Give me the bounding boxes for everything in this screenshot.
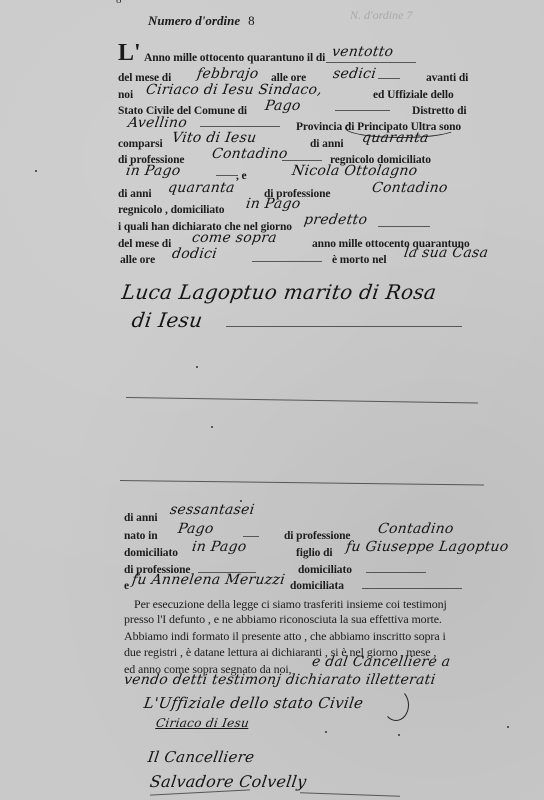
- hand-witness2-domicile: in Pago: [245, 196, 302, 212]
- hand-hour: sedici: [332, 66, 377, 82]
- text-and: , e: [236, 170, 247, 182]
- hand-deceased-age: sessantasei: [169, 502, 256, 518]
- signature-clerk-name: Salvadore Colvelly: [149, 772, 308, 791]
- hand-death-place: la sua Casa: [403, 245, 489, 261]
- corner-mark: 8: [116, 0, 122, 6]
- drop-cap: L': [118, 40, 141, 67]
- closing-line-3: Abbiamo indi formato il presente atto , …: [124, 629, 446, 644]
- text-and-2: e: [124, 580, 129, 592]
- text-domiciled-2: regnicolo , domiciliato: [118, 204, 224, 216]
- text-before: avanti di: [426, 72, 468, 84]
- signature-officer-name: Ciriaco di Iesu: [155, 716, 250, 730]
- blank-rule-2: [120, 480, 484, 485]
- text-died-in: è morto nel: [332, 254, 386, 266]
- record-number-label: Numero d'ordine: [148, 13, 240, 28]
- blank-rule-1: [126, 397, 478, 404]
- hand-closing-tail: e dal Cancelliere a: [311, 654, 452, 670]
- hand-day: ventotto: [331, 44, 395, 60]
- hand-deceased-profession: Contadino: [377, 521, 455, 537]
- text-domiciled-3: domiciliato: [124, 547, 178, 559]
- text-son-of: figlio di: [296, 547, 332, 559]
- hand-commune: Pago: [264, 98, 302, 114]
- hand-witness1-profession: Contadino: [211, 146, 289, 162]
- text-age-label: di anni: [310, 138, 344, 150]
- text-age-label-3: di anni: [124, 512, 158, 524]
- hand-witness2-age: quaranta: [167, 180, 236, 196]
- text-domiciled-f: domiciliata: [290, 580, 344, 592]
- hand-death-day: predetto: [303, 212, 369, 228]
- text-officer: ed Uffiziale dello: [373, 89, 454, 101]
- record-header: Numero d'ordine 8: [148, 12, 255, 30]
- hand-birthplace: Pago: [177, 521, 215, 537]
- hand-witness1-age: quaranta: [361, 130, 430, 146]
- hand-witness2-name: Nicola Ottolagno: [291, 163, 419, 179]
- hand-district: Avellino: [127, 115, 188, 131]
- record-number: 8: [248, 13, 254, 28]
- hand-witness1-domicile: in Pago: [125, 163, 182, 179]
- hand-death-month: come sopra: [191, 230, 278, 246]
- hand-deceased-name: Luca Lagoptuo marito di Rosa: [120, 280, 438, 304]
- hand-mother-name: fu Annelena Meruzzi: [131, 572, 286, 588]
- hand-deceased-domicile: in Pago: [191, 539, 248, 555]
- hand-witness1-name: Vito di Iesu: [171, 130, 258, 146]
- closing-line-1: Per esecuzione della legge ci siamo tras…: [134, 596, 447, 613]
- text-year-intro: Anno mille ottocento quarantuno il di: [144, 52, 325, 64]
- bleed-through-text: N. d'ordine 7: [350, 8, 412, 23]
- text-born-in: nato in: [124, 530, 158, 542]
- text-month-label-2: del mese di: [118, 238, 171, 250]
- text-domiciled-4: domiciliato: [298, 564, 352, 576]
- text-appeared: comparsi: [118, 138, 163, 150]
- hand-deceased-spouse: di Iesu: [130, 308, 204, 332]
- signature-officer-title: L'Uffiziale dello stato Civile: [143, 694, 365, 712]
- text-profession-label-3: di professione: [284, 530, 350, 542]
- scanned-death-record: 8 N. d'ordine 7 Numero d'ordine 8 L' Ann…: [0, 0, 544, 800]
- hand-mayor-name: Ciriaco di Iesu Sindaco,: [145, 82, 323, 98]
- text-district-label: Distretto di: [412, 105, 466, 117]
- hand-closing-illiterate: vendo detti testimonj dichiarato illette…: [123, 672, 437, 688]
- text-hour-label-2: alle ore: [120, 254, 155, 266]
- text-age-label-2: di anni: [118, 188, 152, 200]
- closing-line-2: presso l'I defunto , e ne abbiamo ricono…: [124, 612, 442, 627]
- hand-father-name: fu Giuseppe Lagoptuo: [345, 539, 510, 555]
- signature-clerk-title: Il Cancelliere: [147, 748, 256, 766]
- hand-month: febbrajo: [196, 66, 260, 82]
- closing-paragraph: Per esecuzione della legge ci siamo tras…: [134, 596, 447, 613]
- hand-witness2-profession: Contadino: [371, 180, 449, 196]
- text-noi: noi: [118, 89, 133, 101]
- hand-death-hour: dodici: [171, 246, 218, 262]
